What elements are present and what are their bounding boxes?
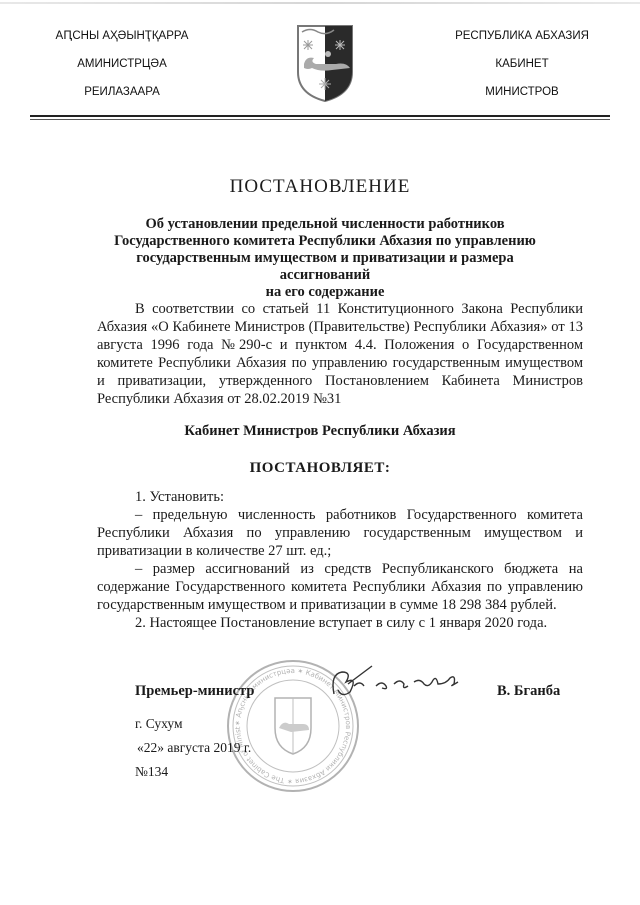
- header-left-line-3: РЕИЛАЗААРА: [22, 78, 222, 106]
- header-right-line-3: МИНИСТРОВ: [422, 78, 622, 106]
- scan-edge-line: [0, 2, 640, 4]
- document-number: №134: [135, 764, 168, 780]
- header-russian-block: РЕСПУБЛИКА АБХАЗИЯ КАБИНЕТ МИНИСТРОВ: [422, 22, 622, 106]
- document-title: ПОСТАНОВЛЕНИЕ: [0, 176, 640, 198]
- decree-heading: ПОСТАНОВЛЯЕТ:: [0, 460, 640, 477]
- header-left-line-2: АМИНИСТРЦӘА: [22, 50, 222, 78]
- header-left-line-1: АԤСНЫ АҲӘЫНҬҚАРРА: [22, 22, 222, 50]
- signatory-role: Премьер-министр: [135, 683, 254, 700]
- document-subject: Об установлении предельной численности р…: [90, 216, 560, 301]
- issuer-heading: Кабинет Министров Республики Абхазия: [0, 423, 640, 440]
- subject-line: на его содержание: [90, 284, 560, 301]
- item-1-staff-limit: – предельную численность работников Госу…: [97, 506, 583, 560]
- subject-line: государственным имуществом и приватизаци…: [90, 250, 560, 284]
- item-1-budget-allocation: – размер ассигнований из средств Республ…: [97, 560, 583, 614]
- header-abkhaz-block: АԤСНЫ АҲӘЫНҬҚАРРА АМИНИСТРЦӘА РЕИЛАЗААРА: [22, 22, 222, 106]
- header-right-line-2: КАБИНЕТ: [422, 50, 622, 78]
- handwritten-signature-icon: [328, 664, 468, 704]
- subject-line: Государственного комитета Республики Абх…: [90, 233, 560, 250]
- signatory-name: В. Бганба: [497, 683, 560, 700]
- coat-of-arms-icon: [296, 24, 354, 102]
- header-right-line-1: РЕСПУБЛИКА АБХАЗИЯ: [422, 22, 622, 50]
- decree-items: 1. Установить: – предельную численность …: [97, 488, 583, 632]
- subject-line: Об установлении предельной численности р…: [90, 216, 560, 233]
- item-1-heading: 1. Установить:: [97, 488, 583, 506]
- header-rule-thin: [30, 119, 610, 120]
- issue-place: г. Сухум: [135, 716, 183, 732]
- item-2-effective-date: 2. Настоящее Постановление вступает в си…: [97, 614, 583, 632]
- header-rule-thick: [30, 115, 610, 117]
- issue-date: «22» августа 2019 г.: [137, 740, 251, 756]
- preamble-paragraph: В соответствии со статьей 11 Конституцио…: [97, 300, 583, 408]
